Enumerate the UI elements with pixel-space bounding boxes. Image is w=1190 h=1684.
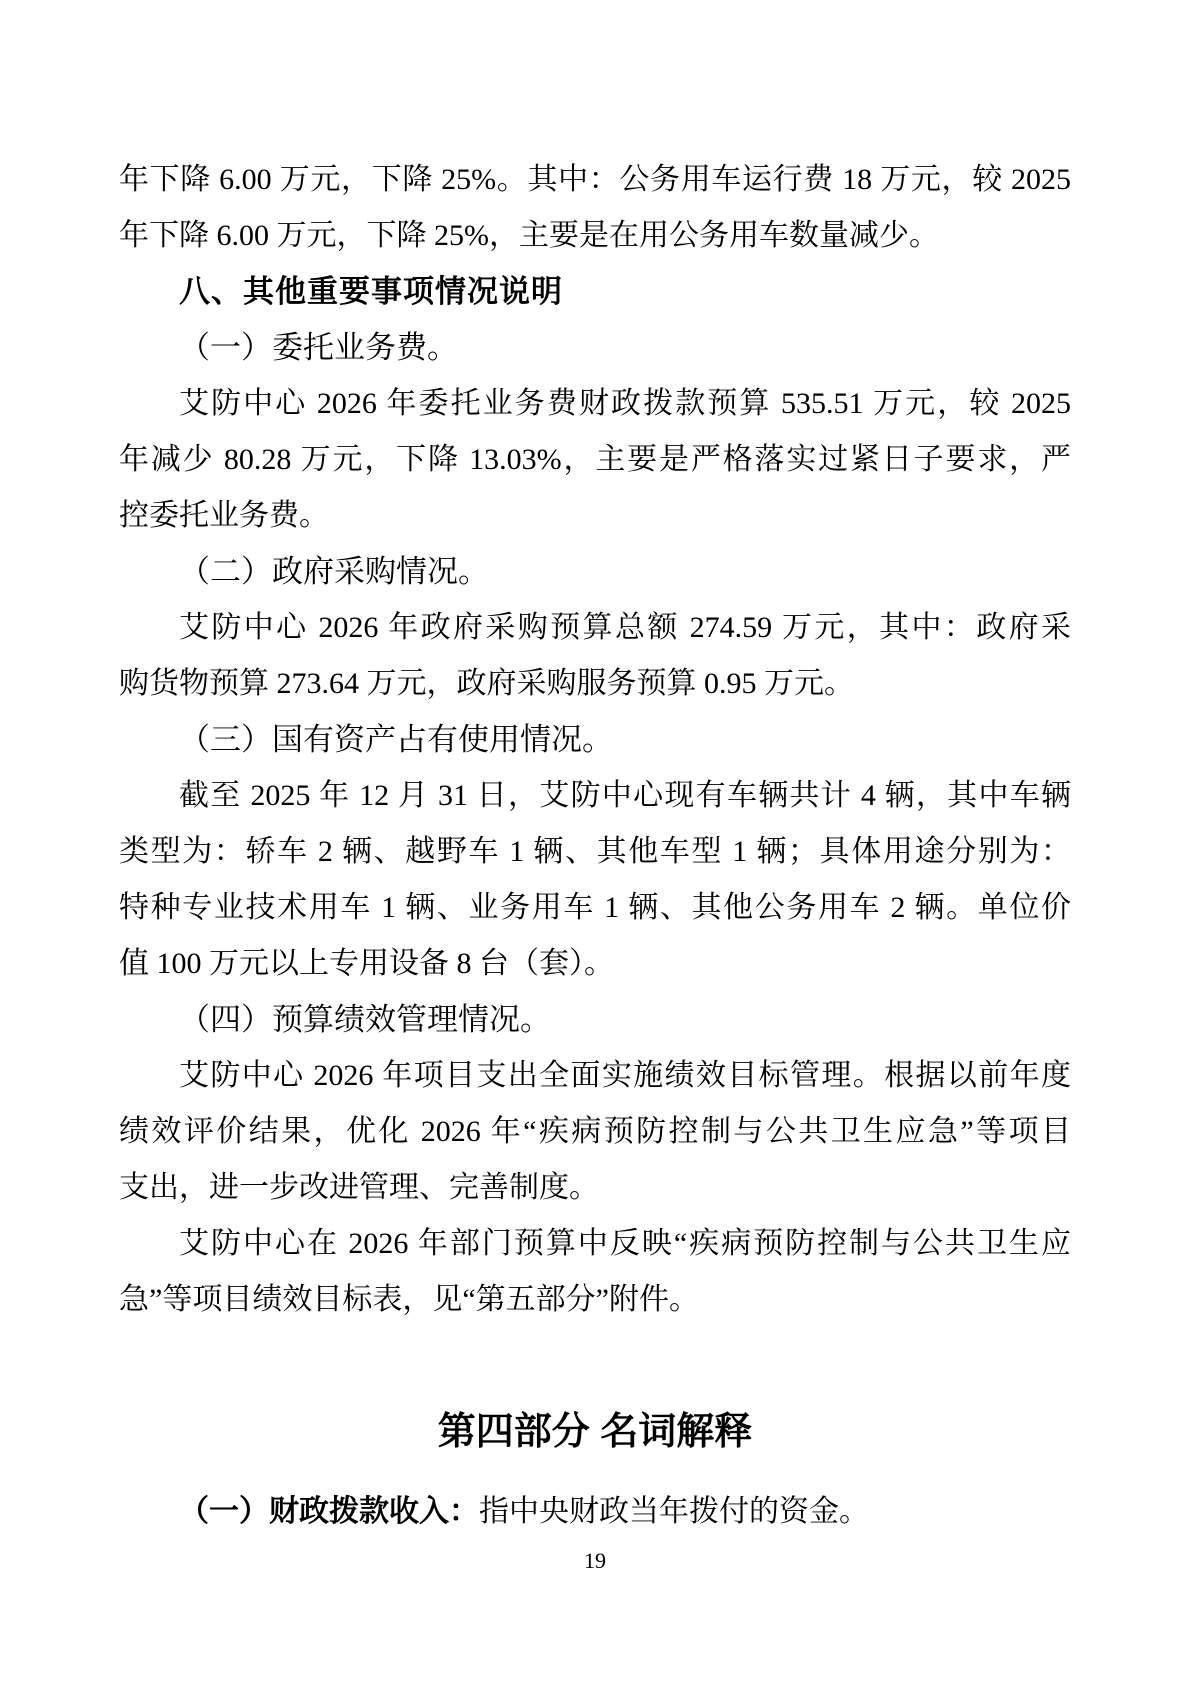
body-line: 艾防中心在 2026 年部门预算中反映“疾病预防控制与公共卫生应 [119, 1216, 1071, 1272]
body-line: 年下降 6.00 万元，下降 25%，主要是在用公务用车数量减少。 [119, 208, 1071, 264]
body-line: 购货物预算 273.64 万元，政府采购服务预算 0.95 万元。 [119, 656, 1071, 712]
body-line: 艾防中心 2026 年委托业务费财政拨款预算 535.51 万元，较 2025 [119, 376, 1071, 432]
body-line: 控委托业务费。 [119, 488, 1071, 544]
body-line: 年减少 80.28 万元，下降 13.03%，主要是严格落实过紧日子要求，严 [119, 432, 1071, 488]
section-title-part4-glossary: 第四部分 名词解释 [119, 1402, 1071, 1462]
body-line: 支出，进一步改进管理、完善制度。 [119, 1160, 1071, 1216]
body-line: 急”等项目绩效目标表，见“第五部分”附件。 [119, 1272, 1071, 1328]
subheading-budget-performance: （四）预算绩效管理情况。 [119, 992, 1071, 1048]
body-line: 艾防中心 2026 年政府采购预算总额 274.59 万元，其中：政府采 [119, 600, 1071, 656]
page-number: 19 [119, 1546, 1071, 1576]
page-content: 年下降 6.00 万元，下降 25%。其中：公务用车运行费 18 万元，较 20… [119, 152, 1071, 1576]
heading-other-important-matters: 八、其他重要事项情况说明 [119, 264, 1071, 320]
document-page: 年下降 6.00 万元，下降 25%。其中：公务用车运行费 18 万元，较 20… [0, 0, 1190, 1684]
subheading-entrusted-business-fee: （一）委托业务费。 [119, 320, 1071, 376]
body-line: 艾防中心 2026 年项目支出全面实施绩效目标管理。根据以前年度 [119, 1048, 1071, 1104]
glossary-term-definition: 指中央财政当年拨付的资金。 [479, 1495, 869, 1528]
body-line: 特种专业技术用车 1 辆、业务用车 1 辆、其他公务用车 2 辆。单位价 [119, 880, 1071, 936]
glossary-term-line: （一）财政拨款收入：指中央财政当年拨付的资金。 [119, 1484, 1071, 1540]
body-line: 绩效评价结果，优化 2026 年“疾病预防控制与公共卫生应急”等项目 [119, 1104, 1071, 1160]
subheading-government-procurement: （二）政府采购情况。 [119, 544, 1071, 600]
body-line: 截至 2025 年 12 月 31 日，艾防中心现有车辆共计 4 辆，其中车辆 [119, 768, 1071, 824]
subheading-state-assets: （三）国有资产占有使用情况。 [119, 712, 1071, 768]
body-line: 值 100 万元以上专用设备 8 台（套）。 [119, 936, 1071, 992]
body-line: 类型为：轿车 2 辆、越野车 1 辆、其他车型 1 辆；具体用途分别为： [119, 824, 1071, 880]
body-line: 年下降 6.00 万元，下降 25%。其中：公务用车运行费 18 万元，较 20… [119, 152, 1071, 208]
glossary-term-name: （一）财政拨款收入： [179, 1495, 479, 1528]
